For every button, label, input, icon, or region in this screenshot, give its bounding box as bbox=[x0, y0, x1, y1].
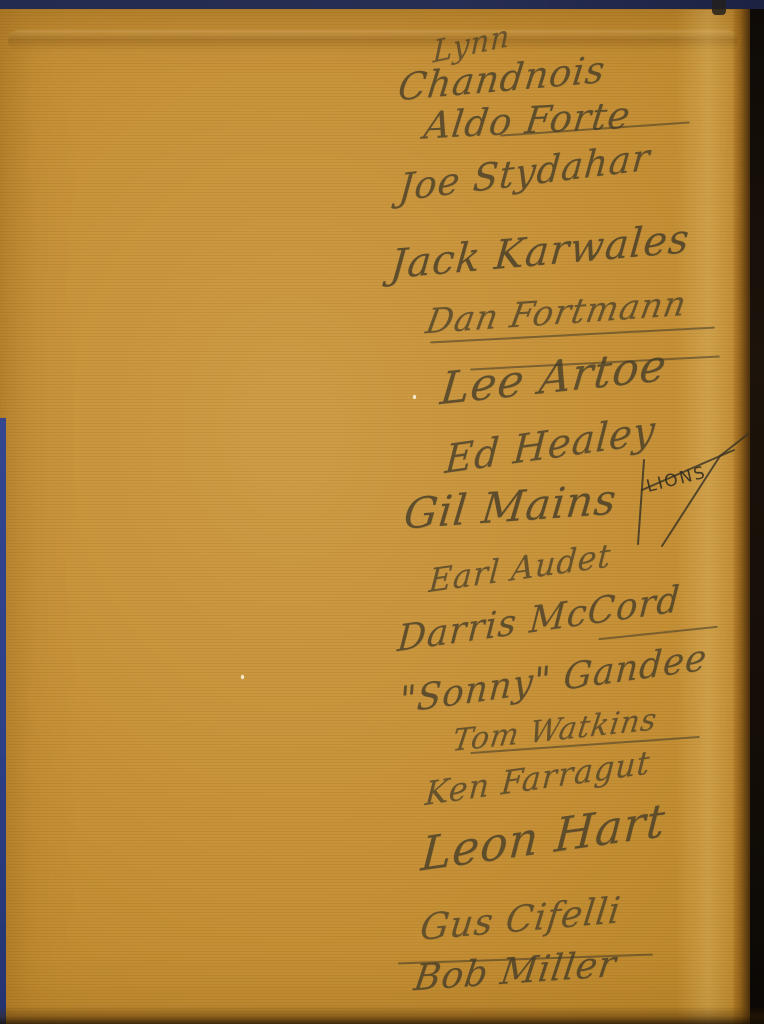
top-right-notch bbox=[712, 0, 726, 15]
embossed-crease bbox=[8, 30, 738, 52]
pennant-label: LIONS bbox=[644, 463, 708, 497]
left-edge-border bbox=[0, 418, 6, 1024]
lions-pennant-stamp: LIONS bbox=[598, 432, 758, 557]
scanned-autograph-page: LynnChandnoisAldo ForteJoe StydaharJack … bbox=[0, 0, 764, 1024]
bottom-edge-shadow bbox=[0, 1006, 764, 1024]
pennant-pole-line bbox=[638, 460, 644, 544]
dust-speck bbox=[241, 675, 244, 679]
top-edge-border bbox=[0, 0, 764, 9]
pennant-flourish bbox=[720, 434, 748, 456]
dust-speck bbox=[413, 395, 416, 399]
signature: Aldo Forte bbox=[422, 96, 633, 144]
